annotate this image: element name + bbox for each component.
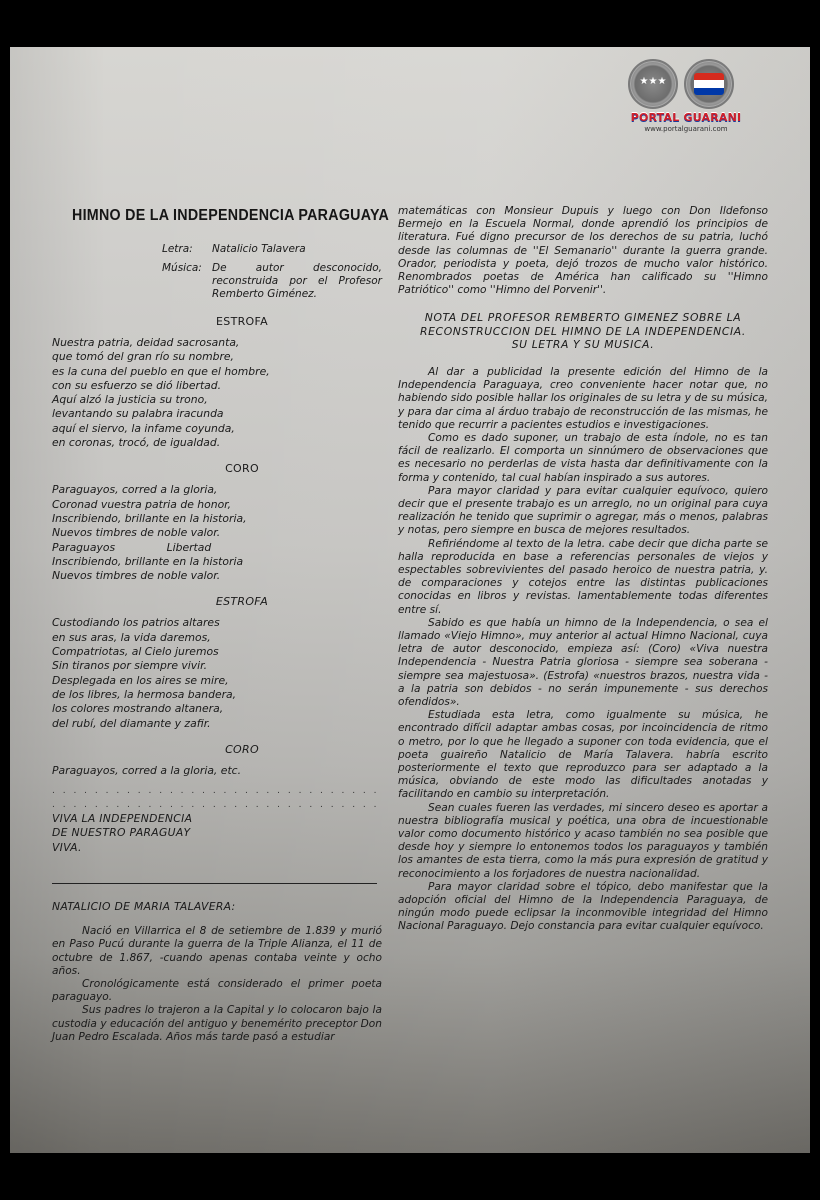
flag-stripe-white — [694, 80, 724, 87]
credit-value: Natalicio Talavera — [212, 243, 382, 256]
dotted-separator: . . . . . . . . . . . . . . . . . . . . … — [52, 784, 382, 798]
note-paragraph: Refiriéndome al texto de la letra. cabe … — [398, 538, 768, 617]
verse-estrofa-2: Custodiando los patrios altares en sus a… — [52, 616, 382, 730]
bio-heading: NATALICIO DE MARIA TALAVERA: — [52, 900, 382, 913]
bio-paragraph: Sus padres lo trajeron a la Capital y lo… — [52, 1004, 382, 1044]
credit-value: De autor desconocido, reconstruida por e… — [212, 262, 382, 301]
horizontal-rule — [52, 883, 377, 885]
bio-continuation: matemáticas con Monsieur Dupuis y luego … — [398, 205, 768, 297]
bio-paragraph: Nació en Villarrica el 8 de setiembre de… — [52, 925, 382, 978]
scanned-page: ★★★ PORTAL GUARANI www.portalguarani.com… — [10, 47, 810, 1153]
note-paragraph: Al dar a publicidad la presente edición … — [398, 366, 768, 432]
credit-label: Letra: — [162, 243, 212, 256]
watermark-url: www.portalguarani.com — [626, 125, 746, 133]
note-paragraph: Como es dado suponer, un trabajo de esta… — [398, 432, 768, 485]
stars-icon: ★★★ — [630, 76, 676, 87]
verse-coro-2: Paraguayos, corred a la gloria, etc. — [52, 764, 382, 778]
section-heading-estrofa-2: ESTROFA — [102, 595, 382, 608]
portal-guarani-watermark: ★★★ PORTAL GUARANI www.portalguarani.com — [626, 59, 746, 139]
note-heading: NOTA DEL PROFESOR REMBERTO GIMENEZ SOBRE… — [398, 311, 768, 352]
credit-lyrics: Letra: Natalicio Talavera — [162, 243, 382, 256]
watermark-title: PORTAL GUARANI — [626, 111, 746, 124]
flag-icon — [694, 73, 724, 95]
note-paragraph: Sabido es que había un himno de la Indep… — [398, 617, 768, 709]
dotted-separator: . . . . . . . . . . . . . . . . . . . . … — [52, 798, 382, 812]
credit-music: Música: De autor desconocido, reconstrui… — [162, 262, 382, 301]
note-paragraph: Para mayor claridad sobre el tópico, deb… — [398, 881, 768, 934]
verse-coro-1: Paraguayos, corred a la gloria, Coronad … — [52, 483, 382, 583]
credit-label: Música: — [162, 262, 212, 301]
note-heading-line: RECONSTRUCCION DEL HIMNO DE LA INDEPENDE… — [398, 325, 768, 339]
flag-stripe-blue — [694, 88, 724, 95]
seal-icon: ★★★ — [628, 59, 678, 109]
credits: Letra: Natalicio Talavera Música: De aut… — [162, 243, 382, 301]
note-heading-line: SU LETRA Y SU MUSICA. — [398, 338, 768, 352]
note-paragraph: Sean cuales fueren las verdades, mi sinc… — [398, 802, 768, 881]
closing-exclamation: VIVA LA INDEPENDENCIA DE NUESTRO PARAGUA… — [52, 812, 382, 855]
verse-estrofa-1: Nuestra patria, deidad sacrosanta, que t… — [52, 336, 382, 450]
left-column: HIMNO DE LA INDEPENDENCIA PARAGUAYA Letr… — [52, 207, 382, 1044]
right-column: matemáticas con Monsieur Dupuis y luego … — [398, 205, 768, 934]
bio-body: Nació en Villarrica el 8 de setiembre de… — [52, 925, 382, 1044]
note-paragraph: Estudiada esta letra, como igualmente su… — [398, 709, 768, 801]
section-heading-estrofa-1: ESTROFA — [102, 315, 382, 328]
section-heading-coro-1: CORO — [102, 462, 382, 475]
note-heading-line: NOTA DEL PROFESOR REMBERTO GIMENEZ SOBRE… — [398, 311, 768, 325]
note-paragraph: Para mayor claridad y para evitar cualqu… — [398, 485, 768, 538]
note-body: Al dar a publicidad la presente edición … — [398, 366, 768, 934]
page-title: HIMNO DE LA INDEPENDENCIA PARAGUAYA — [72, 207, 357, 225]
flag-stripe-red — [694, 73, 724, 80]
paraguay-map-seal-icon — [684, 59, 734, 109]
section-heading-coro-2: CORO — [102, 743, 382, 756]
bio-paragraph: Cronológicamente está considerado el pri… — [52, 978, 382, 1004]
